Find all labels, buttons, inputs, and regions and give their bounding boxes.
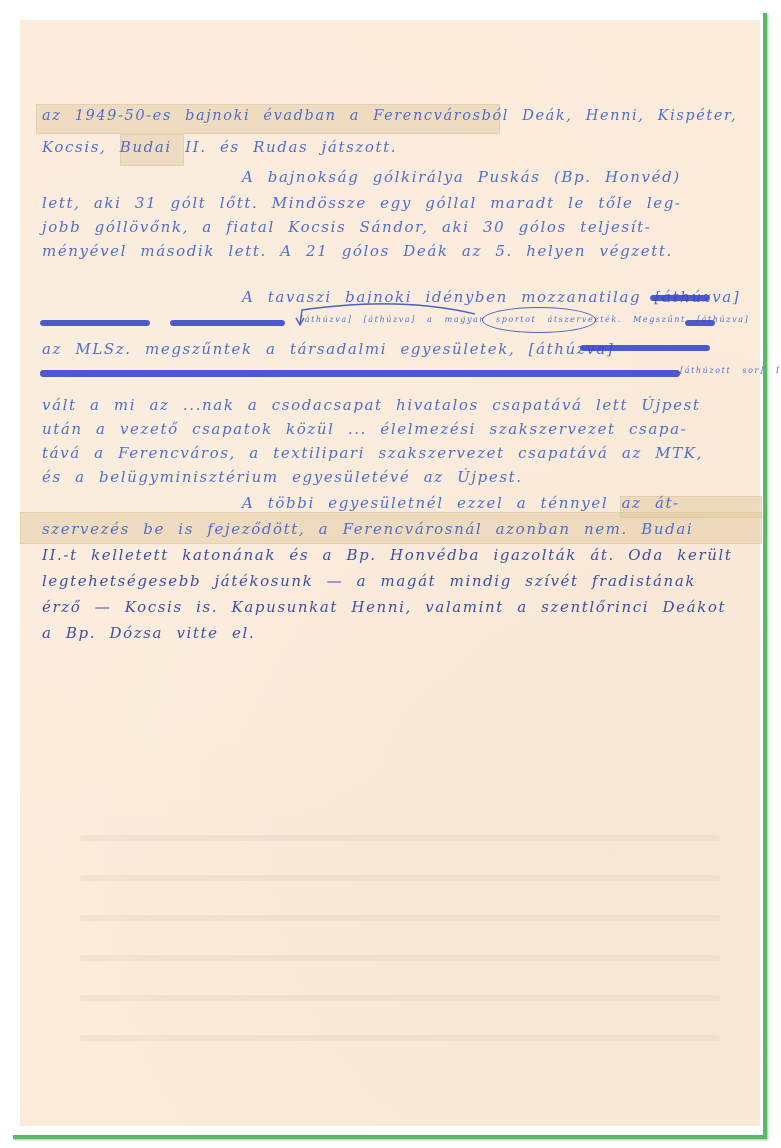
text-line: II.-t kelletett katonának és a Bp. Honvé…: [42, 546, 733, 564]
text-line: után a vezető csapatok közül ... élelmez…: [42, 420, 687, 438]
strikethrough-line: [40, 370, 680, 377]
text-line: Kocsis, Budai II. és Rudas játszott.: [42, 138, 397, 156]
text-line: érző — Kocsis is. Kapusunkat Henni, vala…: [42, 598, 726, 616]
text-line: szervezés be is fejeződött, a Ferencváro…: [42, 520, 693, 538]
show-through-line: [80, 955, 720, 961]
text-line: az MLSz. megszűntek a társadalmi egyesül…: [42, 340, 614, 358]
strikethrough-mark: [650, 295, 710, 301]
manuscript-sheet: az 1949-50-es bajnoki évadban a Ferencvá…: [20, 20, 760, 1126]
text-line: vált a mi az ...nak a csodacsapat hivata…: [42, 396, 701, 414]
show-through-line: [80, 995, 720, 1001]
text-line: A többi egyesületnél ezzel a ténnyel az …: [242, 494, 680, 512]
show-through-line: [80, 1035, 720, 1041]
text-line: a Bp. Dózsa vitte el.: [42, 624, 255, 642]
text-line: A bajnokság gólkirálya Puskás (Bp. Honvé…: [242, 168, 681, 186]
text-line: legtehetségesebb játékosunk — a magát mi…: [42, 572, 696, 590]
text-line: lett, aki 31 gólt lőtt. Mindössze egy gó…: [42, 194, 682, 212]
text-line: [áthúzott sor] Így: [680, 366, 781, 375]
text-line: tává a Ferencváros, a textilipari szaksz…: [42, 444, 703, 462]
show-through-line: [80, 835, 720, 841]
text-line: jobb góllövőnk, a fiatal Kocsis Sándor, …: [42, 218, 651, 236]
text-line: ményével második lett. A 21 gólos Deák a…: [42, 242, 673, 260]
show-through-line: [80, 915, 720, 921]
strikethrough-mark: [580, 345, 710, 351]
strikethrough-mark: [40, 320, 150, 326]
show-through-line: [80, 875, 720, 881]
text-line: és a belügyminisztérium egyesületévé az …: [42, 468, 523, 486]
strikethrough-mark: [170, 320, 285, 326]
circled-word-mark: [482, 307, 596, 333]
insert-arrow-icon: [290, 300, 480, 328]
text-line: az 1949-50-es bajnoki évadban a Ferencvá…: [42, 108, 737, 124]
strikethrough-mark: [685, 320, 715, 326]
